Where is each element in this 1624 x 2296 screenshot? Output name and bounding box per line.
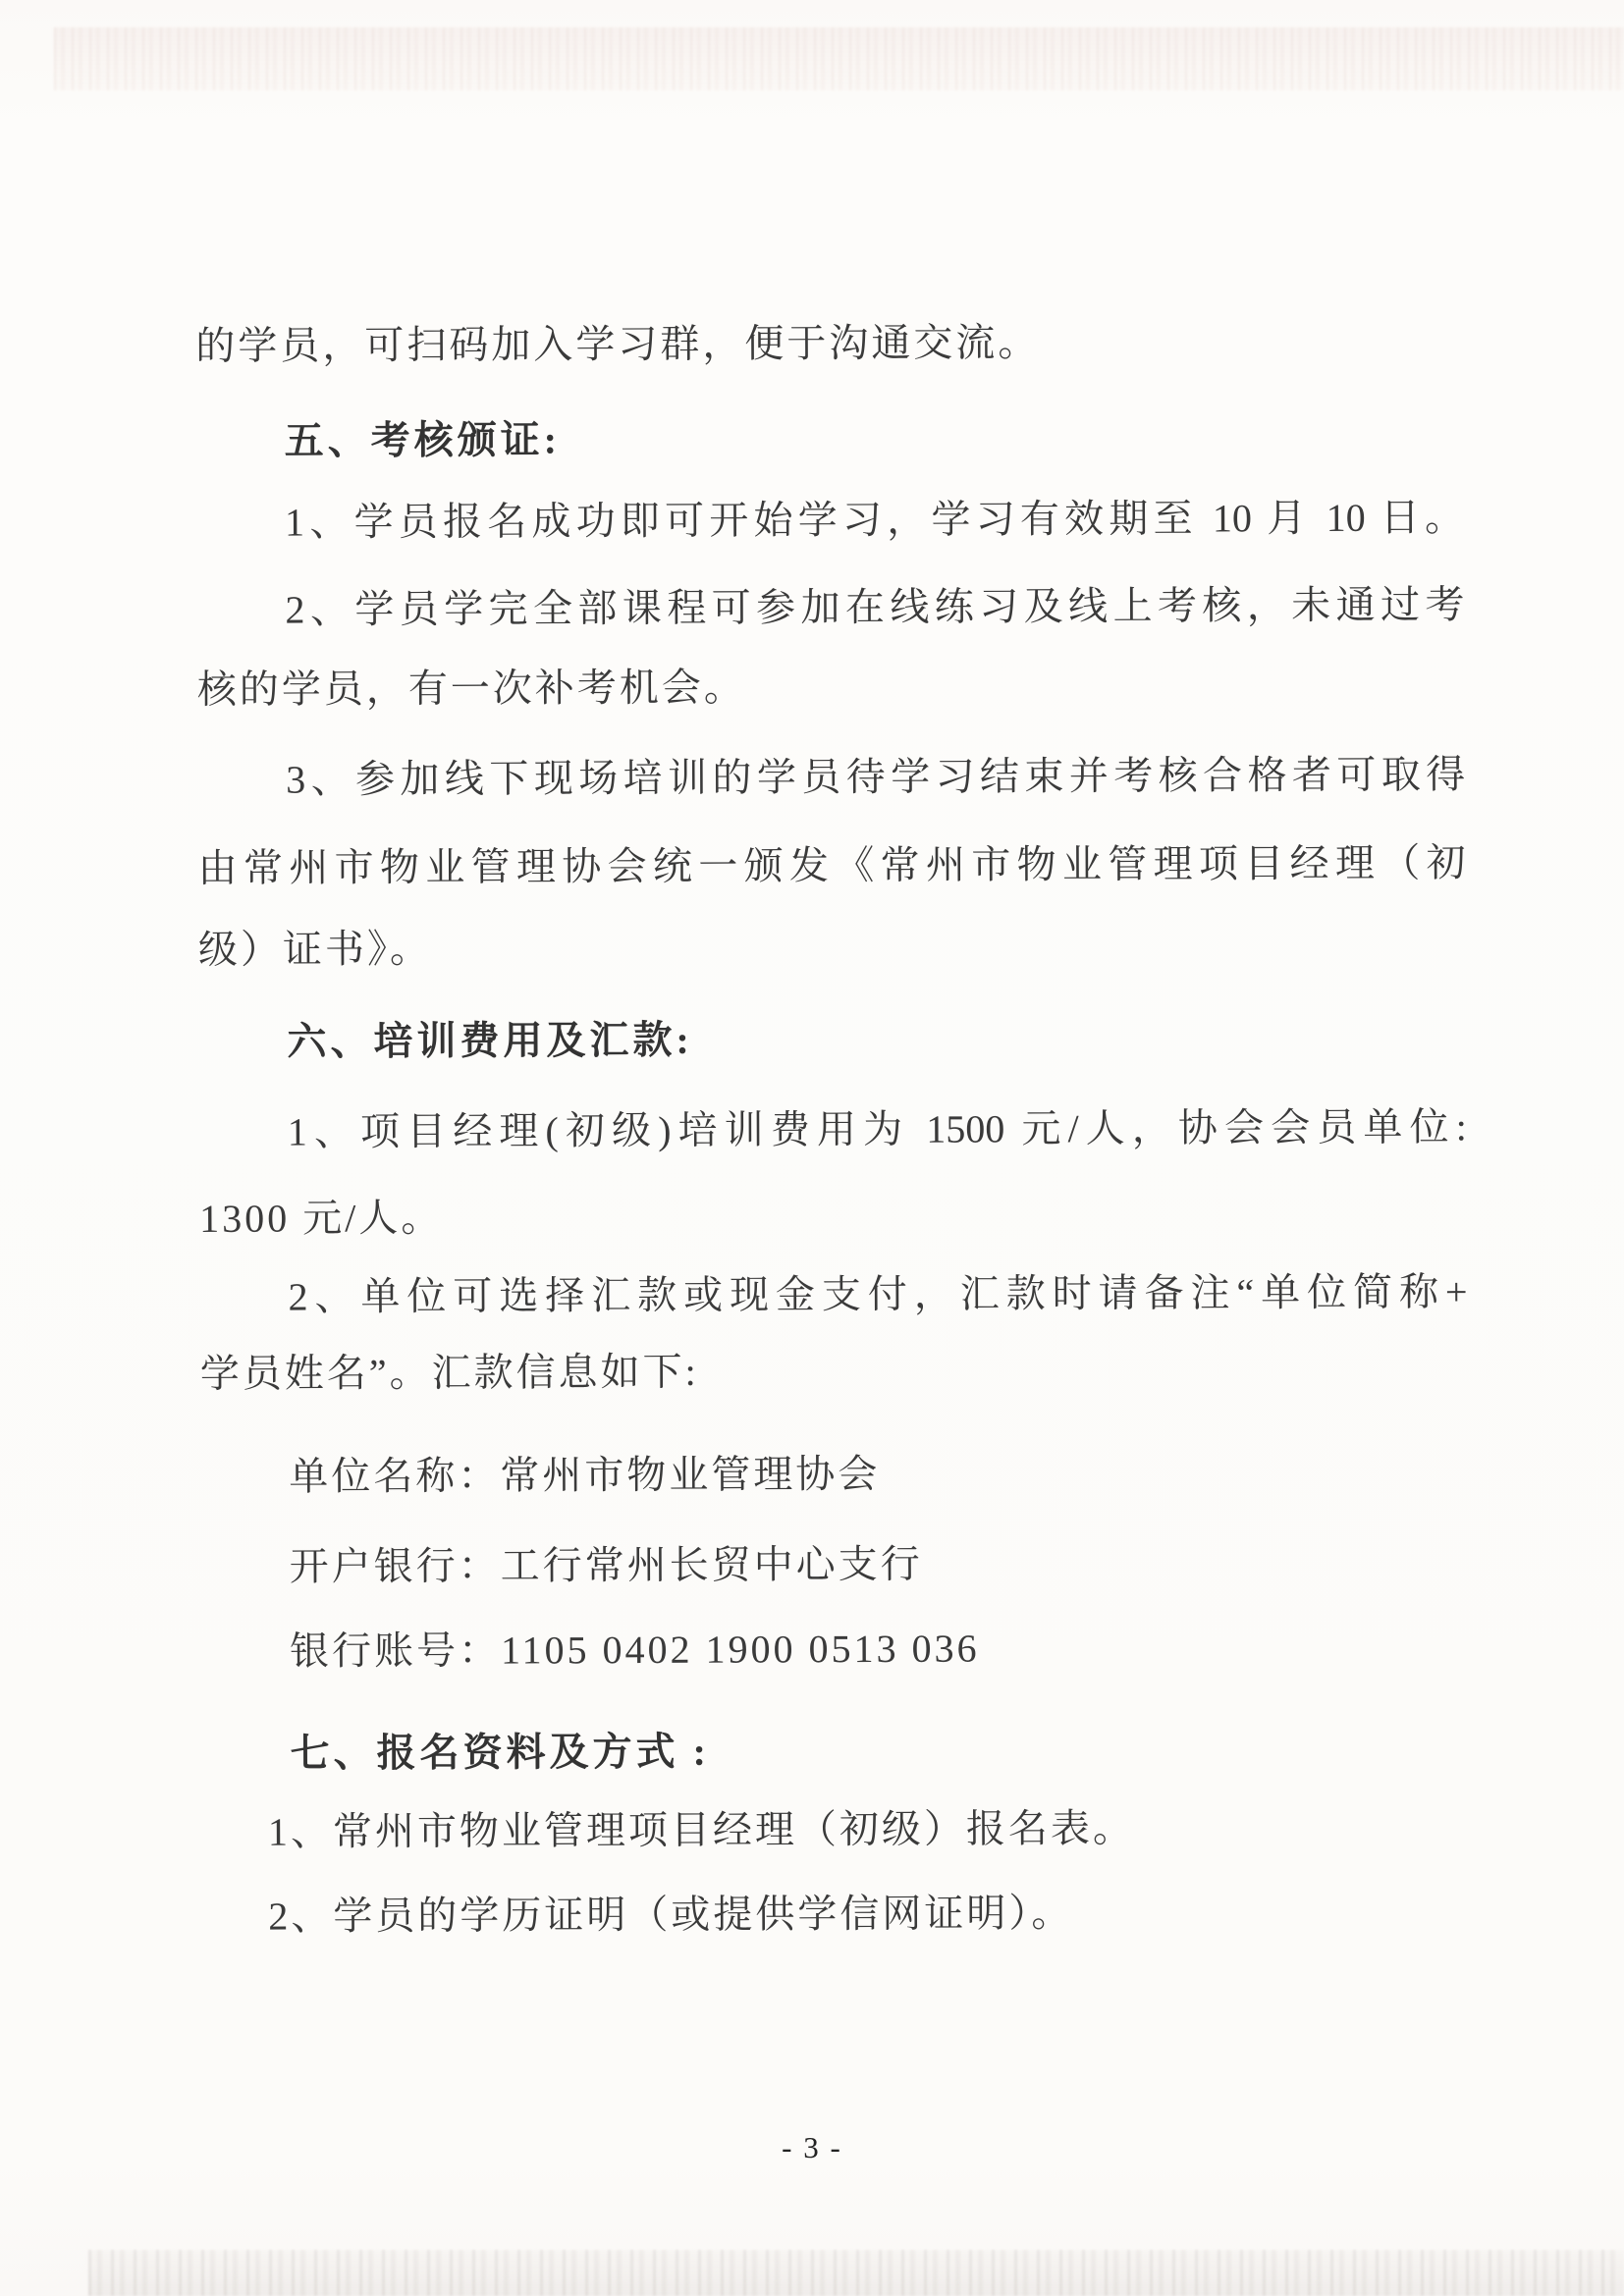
paragraph-line: 学员姓名”。汇款信息如下:	[200, 1347, 699, 1400]
document-body: 的学员，可扫码加入学习群，便于沟通交流。 五、考核颁证: 1、学员报名成功即可开…	[0, 0, 1624, 2296]
scanned-document-page: 的学员，可扫码加入学习群，便于沟通交流。 五、考核颁证: 1、学员报名成功即可开…	[0, 0, 1624, 2296]
paragraph-line: 2、单位可选择汇款或现金支付，汇款时请备注“单位简称+	[288, 1266, 1467, 1322]
paragraph-line: 2、学员学完全部课程可参加在线练习及线上考核，未通过考	[285, 579, 1464, 635]
paragraph-line: 1、学员报名成功即可开始学习，学习有效期至 10 月 10 日。	[285, 492, 1464, 548]
remittance-info-line: 银行账号：1105 0402 1900 0513 036	[290, 1624, 980, 1678]
section-heading: 六、培训费用及汇款:	[287, 1015, 693, 1068]
paragraph-line: 的学员，可扫码加入学习群，便于沟通交流。	[195, 317, 1040, 372]
paragraph-line: 由常州市物业管理协会统一颁发《常州市物业管理项目经理（初	[198, 837, 1466, 894]
remittance-info-line: 单位名称：常州市物业管理协会	[289, 1449, 880, 1503]
paragraph-line: 3、参加线下现场培训的学员待学习结束并考核合格者可取得	[286, 749, 1465, 805]
paragraph-line: 核的学员，有一次补考机会。	[197, 663, 746, 716]
paragraph-line: 1、项目经理(初级)培训费用为 1500 元/人，协会会员单位:	[288, 1101, 1467, 1157]
paragraph-line: 1300 元/人。	[199, 1193, 443, 1245]
paragraph-line: 级）证书》。	[198, 924, 432, 976]
section-heading: 五、考核颁证:	[285, 414, 562, 466]
section-heading: 七、报名资料及方式 :	[290, 1727, 710, 1780]
page-number: - 3 -	[0, 2128, 1624, 2167]
paragraph-line: 1、常州市物业管理项目经理（初级）报名表。	[268, 1803, 1135, 1858]
paragraph-line: 2、学员的学历证明（或提供学信网证明）。	[268, 1888, 1073, 1943]
remittance-info-line: 开户银行：工行常州长贸中心支行	[290, 1539, 923, 1593]
